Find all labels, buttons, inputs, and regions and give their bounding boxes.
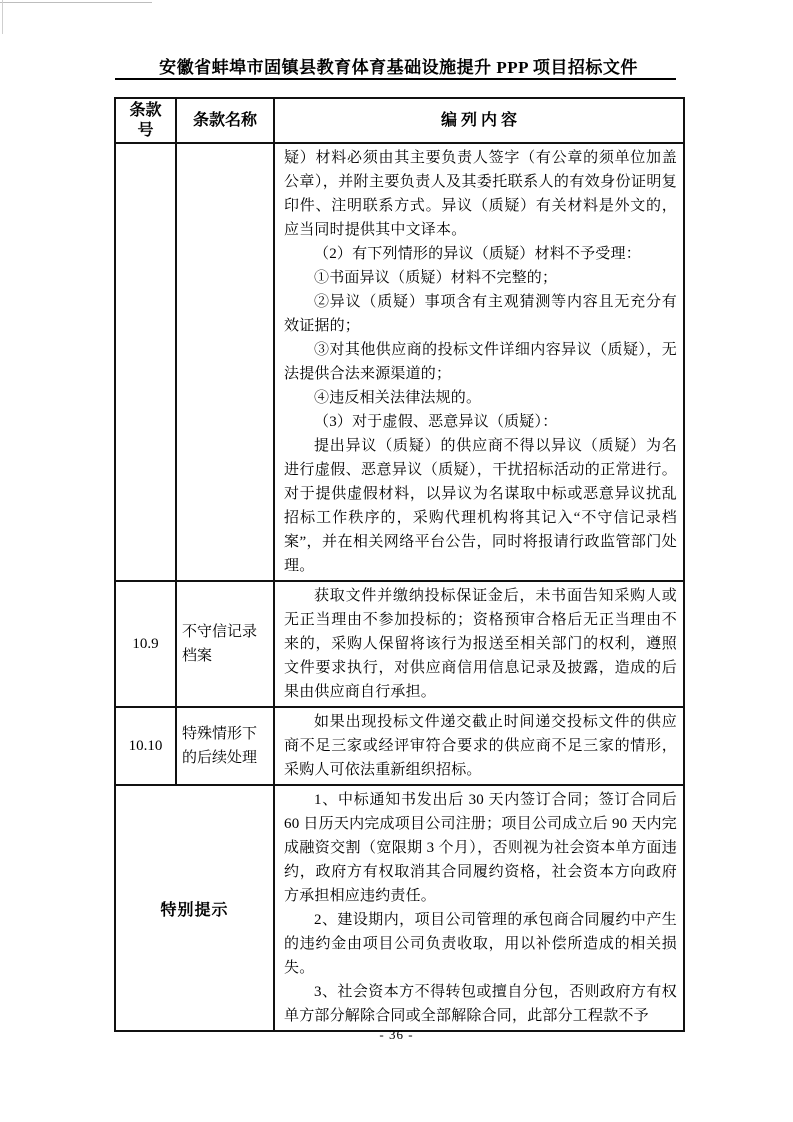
paragraph: ③对其他供应商的投标文件详细内容异议（质疑），无法提供合法来源渠道的；: [284, 338, 677, 386]
cell-content: 获取文件并缴纳投标保证金后，未书面告知采购人或无正当理由不参加投标的；资格预审合…: [274, 581, 684, 707]
cell-clause-no: 10.10: [115, 707, 176, 785]
header-rule: [115, 78, 676, 80]
paragraph: ①书面异议（质疑）材料不完整的；: [284, 266, 677, 290]
cell-clause-name: 不守信记录档案: [176, 581, 274, 707]
table-row-10-9: 10.9 不守信记录档案 获取文件并缴纳投标保证金后，未书面告知采购人或无正当理…: [115, 581, 684, 707]
document-page: 安徽省蚌埠市固镇县教育体育基础设施提升 PPP 项目招标文件 条款号 条款名称 …: [0, 0, 793, 1122]
cell-clause-name: 特殊情形下的后续处理: [176, 707, 274, 785]
header-cell-clause-no: 条款号: [115, 98, 176, 143]
paragraph: 1、中标通知书发出后 30 天内签订合同；签订合同后 60 日历天内完成项目公司…: [284, 788, 677, 908]
table-row-special-notice: 特别提示 1、中标通知书发出后 30 天内签订合同；签订合同后 60 日历天内完…: [115, 785, 684, 1031]
paragraph: ②异议（质疑）事项含有主观猜测等内容且无充分有效证据的；: [284, 290, 677, 338]
paragraph: 疑）材料必须由其主要负责人签字（有公章的须单位加盖公章），并附主要负责人及其委托…: [284, 146, 677, 242]
table-row-continuation: 疑）材料必须由其主要负责人签字（有公章的须单位加盖公章），并附主要负责人及其委托…: [115, 143, 684, 581]
paragraph: 提出异议（质疑）的供应商不得以异议（质疑）为名进行虚假、恶意异议（质疑），干扰招…: [284, 434, 677, 578]
scan-artifact-left: [2, 0, 3, 34]
cell-content-continuation: 疑）材料必须由其主要负责人签字（有公章的须单位加盖公章），并附主要负责人及其委托…: [274, 143, 684, 581]
paragraph: 2、建设期内，项目公司管理的承包商合同履约中产生的违约金由项目公司负责收取，用以…: [284, 908, 677, 980]
cell-clause-name-empty: [176, 143, 274, 581]
clause-table: 条款号 条款名称 编 列 内 容 疑）材料必须由其主要负责人签字（有公章的须单位…: [114, 97, 685, 1032]
cell-special-notice-label: 特别提示: [115, 785, 274, 1031]
cell-clause-no-empty: [115, 143, 176, 581]
scan-artifact-top: [0, 2, 152, 3]
table-row-10-10: 10.10 特殊情形下的后续处理 如果出现投标文件递交截止时间递交投标文件的供应…: [115, 707, 684, 785]
cell-clause-no: 10.9: [115, 581, 176, 707]
table-header-row: 条款号 条款名称 编 列 内 容: [115, 98, 684, 143]
paragraph: 3、社会资本方不得转包或擅自分包，否则政府方有权单方部分解除合同或全部解除合同，…: [284, 980, 677, 1028]
paragraph: 获取文件并缴纳投标保证金后，未书面告知采购人或无正当理由不参加投标的；资格预审合…: [284, 584, 677, 704]
cell-content: 如果出现投标文件递交截止时间递交投标文件的供应商不足三家或经评审符合要求的供应商…: [274, 707, 684, 785]
header-cell-clause-name: 条款名称: [176, 98, 274, 143]
header-cell-content: 编 列 内 容: [274, 98, 684, 143]
paragraph: 如果出现投标文件递交截止时间递交投标文件的供应商不足三家或经评审符合要求的供应商…: [284, 710, 677, 782]
page-number: - 36 -: [0, 1027, 793, 1043]
paragraph: ④违反相关法律法规的。: [284, 386, 677, 410]
cell-content-special-notice: 1、中标通知书发出后 30 天内签订合同；签订合同后 60 日历天内完成项目公司…: [274, 785, 684, 1031]
paragraph: （3）对于虚假、恶意异议（质疑）：: [284, 410, 677, 434]
page-title: 安徽省蚌埠市固镇县教育体育基础设施提升 PPP 项目招标文件: [114, 53, 683, 78]
paragraph: （2）有下列情形的异议（质疑）材料不予受理：: [284, 242, 677, 266]
header-clause-no-label: 条款号: [127, 101, 164, 141]
